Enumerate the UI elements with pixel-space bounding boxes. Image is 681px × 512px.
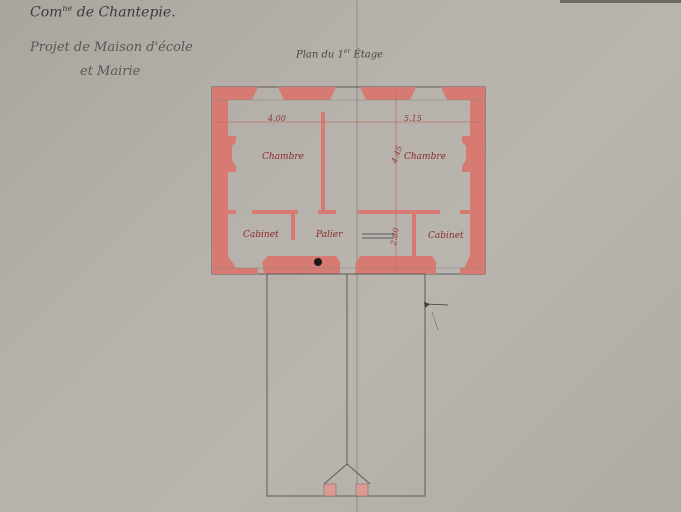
floor-plan-drawing <box>0 0 681 512</box>
chimney-right <box>462 136 470 172</box>
annex-gable <box>324 464 370 484</box>
stove-dot <box>314 258 322 266</box>
annex-outline <box>267 274 425 496</box>
room-label-cabinet-right: Cabinet <box>428 231 464 241</box>
bottom-pier-right <box>355 256 436 274</box>
partition-left-cabinet-top <box>252 210 298 214</box>
partition-right-wall-stub <box>460 210 470 214</box>
top-pier-left <box>278 87 336 100</box>
left-wall <box>212 87 258 274</box>
room-label-chambre-right: Chambre <box>404 152 446 162</box>
annex-pier-right <box>356 484 368 496</box>
partition-right-cabinet-top <box>358 210 440 214</box>
partition-left-cabinet-side <box>291 214 295 240</box>
room-label-palier: Palier <box>316 230 342 240</box>
partition-left-stub <box>318 210 336 214</box>
dimension-right-width: 5.15 <box>404 114 422 123</box>
room-label-cabinet-left: Cabinet <box>243 230 279 240</box>
bottom-pier-left <box>262 256 340 274</box>
annex-pier-left <box>324 484 336 496</box>
building-outline <box>212 87 485 274</box>
dimension-left-width: 4.00 <box>268 114 286 123</box>
right-wall <box>441 87 485 274</box>
partition-left-wall-stub <box>228 210 236 214</box>
partition-right-cabinet-side <box>412 214 416 258</box>
room-label-chambre-left: Chambre <box>262 152 304 162</box>
partition-left-vertical <box>321 112 325 212</box>
top-pier-right <box>360 87 416 100</box>
chimney-left <box>228 136 236 172</box>
